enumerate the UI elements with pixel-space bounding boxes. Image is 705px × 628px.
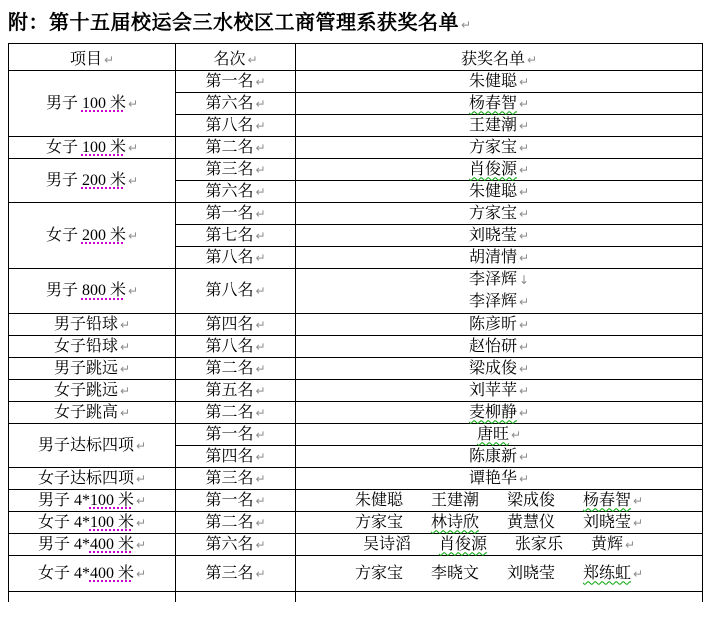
- rank-text: 第八名: [205, 338, 253, 355]
- rank-text: 第六名: [205, 95, 253, 112]
- rank-cell: 第三名↵: [176, 468, 296, 490]
- winners-group: 赵怡研: [469, 337, 517, 357]
- header-cell-winners: 获奖名单↵ ¤: [296, 44, 703, 71]
- event-text: 女子达标四项: [38, 470, 134, 487]
- rank-cell: 第六名↵: [176, 93, 296, 115]
- event-cell: 男子跳远↵: [9, 358, 176, 380]
- event-cell: 女子铅球↵: [9, 336, 176, 358]
- event-text: 女子 4*: [38, 514, 90, 531]
- winner-name: 郑练虹: [583, 564, 631, 584]
- table-row: 男子铅球↵第四名↵陈彦昕↵¤: [9, 314, 703, 336]
- header-label-rank: 名次: [213, 51, 245, 68]
- header-label-event: 项目: [70, 51, 102, 68]
- paragraph-mark-icon: ↵: [519, 185, 529, 199]
- winners-group: 谭艳华: [469, 469, 517, 489]
- rank-cell: 第二名↵: [176, 137, 296, 159]
- paragraph-mark-icon: ↵: [247, 53, 257, 67]
- winner-name: 刘晓莹: [469, 226, 517, 246]
- rank-text: 第一名: [205, 426, 253, 443]
- table-row: 女子 4*400 米↵第三名↵方家宝李晓文刘晓莹郑练虹↵¤: [9, 556, 703, 592]
- table-row: 女子 4*100 米↵第二名↵方家宝林诗欣黄慧仪刘晓莹↵¤: [9, 512, 703, 534]
- winner-name: 王建潮: [469, 116, 517, 136]
- rank-cell: 第一名↵: [176, 71, 296, 93]
- event-text: 男子 4*: [38, 492, 90, 509]
- paragraph-mark-icon: ↵: [104, 53, 114, 67]
- line-break-mark-icon: ↓: [519, 273, 529, 287]
- event-number-text: 400 米: [90, 565, 134, 582]
- winners-group: 陈彦昕: [469, 315, 517, 335]
- winner-name: 吴诗滔: [363, 535, 411, 555]
- paragraph-mark-icon: ↵: [120, 384, 130, 398]
- header-cell-event: 项目↵: [9, 44, 176, 71]
- winners-cell: 谭艳华↵¤: [296, 468, 703, 490]
- winner-name: 朱健聪: [469, 182, 517, 202]
- winners-cell: 陈彦昕↵¤: [296, 314, 703, 336]
- winners-group: 肖俊源: [469, 160, 517, 180]
- header-row: 项目↵ 名次↵ 获奖名单↵ ¤: [9, 44, 703, 71]
- winner-name: 梁成俊: [507, 491, 555, 511]
- rank-cell: 第七名↵: [176, 225, 296, 247]
- event-text: 女子跳远: [54, 382, 118, 399]
- paragraph-mark-icon: ↵: [633, 516, 643, 530]
- winners-group: 杨春智: [469, 94, 517, 114]
- paragraph-mark-icon: ↵: [136, 472, 146, 486]
- winner-name: 李泽辉: [469, 293, 517, 310]
- winner-name: 李晓文: [431, 564, 479, 584]
- event-cell: 女子 200 米↵: [9, 203, 176, 269]
- table-row: 女子跳高↵第二名↵麦柳静↵¤: [9, 402, 703, 424]
- rank-text: 第三名: [205, 565, 253, 582]
- paragraph-mark-icon: ↵: [136, 439, 146, 453]
- event-cell: 女子达标四项↵: [9, 468, 176, 490]
- event-text: 男子跳远: [54, 360, 118, 377]
- header-cell-rank: 名次↵: [176, 44, 296, 71]
- paragraph-mark-icon: ↵: [255, 384, 265, 398]
- rank-cell: 第三名↵: [176, 159, 296, 181]
- paragraph-mark-icon: ↵: [519, 207, 529, 221]
- event-text: 男子 4*: [38, 536, 90, 553]
- paragraph-mark-icon: ↵: [519, 229, 529, 243]
- paragraph-mark-icon: ↵: [255, 163, 265, 177]
- winners-group: 方家宝李晓文刘晓莹郑练虹: [355, 564, 631, 584]
- rank-text: 第二名: [205, 360, 253, 377]
- winner-name: 刘晓莹: [507, 564, 555, 584]
- winner-name: 杨春智: [583, 491, 631, 511]
- event-number-text: 100 米: [90, 514, 134, 531]
- paragraph-mark-icon: ↵: [255, 538, 265, 552]
- rank-cell: 第一名↵: [176, 490, 296, 512]
- paragraph-mark-icon: ↵: [255, 229, 265, 243]
- paragraph-mark-icon: ↵: [519, 141, 529, 155]
- winners-cell: 吴诗滔肖俊源张家乐黄辉↵¤: [296, 534, 703, 556]
- winner-name: 肖俊源: [439, 535, 487, 555]
- rank-text: 第二名: [205, 514, 253, 531]
- winners-group: 麦柳静: [469, 403, 517, 423]
- winner-name: 方家宝: [355, 564, 403, 584]
- rank-cell: 第一名↵: [176, 424, 296, 446]
- paragraph-mark-icon: ↵: [255, 516, 265, 530]
- event-number-text: 100 米: [82, 139, 126, 156]
- rank-text: 第三名: [205, 470, 253, 487]
- winners-cell: 朱健聪↵¤: [296, 181, 703, 203]
- paragraph-mark-icon: ↵: [120, 340, 130, 354]
- paragraph-mark-icon: ↵: [255, 567, 265, 581]
- winners-cell: 刘苹苹↵¤: [296, 380, 703, 402]
- winner-name: 朱健聪: [469, 72, 517, 92]
- winners-group: 刘晓莹: [469, 226, 517, 246]
- event-cell: 女子 4*100 米↵: [9, 512, 176, 534]
- winners-cell: 方家宝↵¤: [296, 137, 703, 159]
- winners-group: 刘苹苹: [469, 381, 517, 401]
- rank-text: 第八名: [205, 249, 253, 266]
- winners-cell: 方家宝李晓文刘晓莹郑练虹↵¤: [296, 556, 703, 592]
- paragraph-mark-icon: ↵: [633, 567, 643, 581]
- paragraph-mark-icon: ↵: [519, 75, 529, 89]
- paragraph-mark-icon: ↵: [255, 251, 265, 265]
- cropped-cell: [9, 592, 176, 602]
- winners-cell: 方家宝↵¤: [296, 203, 703, 225]
- winner-name: 杨春智: [469, 94, 517, 114]
- paragraph-mark-icon: ↵: [128, 284, 138, 298]
- winners-cell: 陈康新↵¤: [296, 446, 703, 468]
- event-text: 男子: [46, 172, 82, 189]
- paragraph-mark-icon: ↵: [136, 516, 146, 530]
- event-text: 女子: [46, 139, 82, 156]
- rank-cell: 第一名↵: [176, 203, 296, 225]
- winner-name: 黄慧仪: [507, 513, 555, 533]
- paragraph-mark-icon: ↵: [255, 119, 265, 133]
- rank-text: 第一名: [205, 492, 253, 509]
- event-cell: 女子 4*400 米↵: [9, 556, 176, 592]
- paragraph-mark-icon: ↵: [519, 97, 529, 111]
- paragraph-mark-icon: ↵: [527, 53, 537, 67]
- table-row: 男子 800 米↵第八名↵李泽辉↓李泽辉↵¤: [9, 269, 703, 314]
- event-cell: 女子跳高↵: [9, 402, 176, 424]
- table-row: 女子达标四项↵第三名↵谭艳华↵¤: [9, 468, 703, 490]
- event-cell: 男子 200 米↵: [9, 159, 176, 203]
- paragraph-mark-icon: ↵: [120, 406, 130, 420]
- paragraph-mark-icon: ↵: [128, 229, 138, 243]
- paragraph-mark-icon: ↵: [519, 362, 529, 376]
- event-number-text: 200 米: [82, 172, 126, 189]
- paragraph-mark-icon: ↵: [511, 428, 521, 442]
- winner-name: 麦柳静: [469, 403, 517, 423]
- paragraph-mark-icon: ↵: [519, 472, 529, 486]
- winner-name: 王建潮: [431, 491, 479, 511]
- winner-name: 肖俊源: [469, 160, 517, 180]
- rank-cell: 第四名↵: [176, 446, 296, 468]
- header-label-winners: 获奖名单: [461, 51, 525, 68]
- paragraph-mark-icon: ↵: [255, 284, 265, 298]
- rank-cell: 第四名↵: [176, 314, 296, 336]
- winner-name: 谭艳华: [469, 469, 517, 489]
- rank-cell: 第二名↵: [176, 512, 296, 534]
- event-cell: 女子 100 米↵: [9, 137, 176, 159]
- rank-text: 第八名: [205, 117, 253, 134]
- paragraph-mark-icon: ↵: [255, 141, 265, 155]
- paragraph-mark-icon: ↵: [519, 163, 529, 177]
- paragraph-mark-icon: ↵: [120, 318, 130, 332]
- rank-text: 第六名: [205, 183, 253, 200]
- winners-cell: 李泽辉↓李泽辉↵¤: [296, 269, 703, 314]
- winner-name: 梁成俊: [469, 359, 517, 379]
- winners-cell: 朱健聪王建潮梁成俊杨春智↵¤: [296, 490, 703, 512]
- table-row: 女子 200 米↵第一名↵方家宝↵¤: [9, 203, 703, 225]
- table-row: 男子 4*400 米↵第六名↵吴诗滔肖俊源张家乐黄辉↵¤: [9, 534, 703, 556]
- event-cell: 男子 100 米↵: [9, 71, 176, 137]
- rank-cell: 第二名↵: [176, 402, 296, 424]
- rank-text: 第一名: [205, 73, 253, 90]
- rank-cell: 第五名↵: [176, 380, 296, 402]
- winner-name: 林诗欣: [431, 513, 479, 533]
- paragraph-mark-icon: ↵: [120, 362, 130, 376]
- paragraph-mark-icon: ↵: [255, 207, 265, 221]
- winner-name: 朱健聪: [355, 491, 403, 511]
- winners-cell: 唐旺↵¤: [296, 424, 703, 446]
- event-number-text: 100 米: [82, 95, 126, 112]
- winner-line: 李泽辉↓: [296, 269, 702, 291]
- paragraph-mark-icon: ↵: [136, 538, 146, 552]
- winner-name: 陈康新: [469, 447, 517, 467]
- event-text: 男子达标四项: [38, 437, 134, 454]
- rank-cell: 第八名↵: [176, 269, 296, 314]
- winners-cell: 刘晓莹↵¤: [296, 225, 703, 247]
- winners-cell: 胡清情↵¤: [296, 247, 703, 269]
- event-number-text: 400 米: [90, 536, 134, 553]
- paragraph-mark-icon: ↵: [461, 18, 472, 32]
- event-text: 女子 4*: [38, 565, 90, 582]
- paragraph-mark-icon: ↵: [255, 472, 265, 486]
- event-cell: 男子 4*100 米↵: [9, 490, 176, 512]
- winners-group: 朱健聪王建潮梁成俊杨春智: [355, 491, 631, 511]
- event-text: 女子: [46, 227, 82, 244]
- winners-cell: 杨春智↵¤: [296, 93, 703, 115]
- cropped-cell: [296, 592, 703, 602]
- paragraph-mark-icon: ↵: [255, 494, 265, 508]
- paragraph-mark-icon: ↵: [519, 251, 529, 265]
- event-number-text: 100 米: [90, 492, 134, 509]
- paragraph-mark-icon: ↵: [255, 428, 265, 442]
- rank-text: 第五名: [205, 382, 253, 399]
- event-cell: 男子 800 米↵: [9, 269, 176, 314]
- paragraph-mark-icon: ↵: [625, 538, 635, 552]
- winners-group: 朱健聪: [469, 182, 517, 202]
- paragraph-mark-icon: ↵: [255, 450, 265, 464]
- rank-cell: 第六名↵: [176, 181, 296, 203]
- winners-group: 方家宝: [469, 138, 517, 158]
- paragraph-mark-icon: ↵: [519, 450, 529, 464]
- paragraph-mark-icon: ↵: [128, 174, 138, 188]
- paragraph-mark-icon: ↵: [519, 295, 529, 309]
- winners-group: 朱健聪: [469, 72, 517, 92]
- table-row: 男子 200 米↵第三名↵肖俊源↵¤: [9, 159, 703, 181]
- paragraph-mark-icon: ↵: [255, 340, 265, 354]
- cropped-row: [9, 592, 703, 602]
- cropped-cell: [176, 592, 296, 602]
- rank-text: 第二名: [205, 404, 253, 421]
- winners-group: 胡清情: [469, 248, 517, 268]
- winners-group: 王建潮: [469, 116, 517, 136]
- paragraph-mark-icon: ↵: [136, 567, 146, 581]
- winners-cell: 梁成俊↵¤: [296, 358, 703, 380]
- winners-group: 方家宝林诗欣黄慧仪刘晓莹: [355, 513, 631, 533]
- winner-name: 胡清情: [469, 248, 517, 268]
- winner-name: 刘苹苹: [469, 381, 517, 401]
- winners-cell: 麦柳静↵¤: [296, 402, 703, 424]
- winners-cell: 方家宝林诗欣黄慧仪刘晓莹↵¤: [296, 512, 703, 534]
- rank-cell: 第三名↵: [176, 556, 296, 592]
- table-row: 女子铅球↵第八名↵赵怡研↵¤: [9, 336, 703, 358]
- winners-cell: 朱健聪↵¤: [296, 71, 703, 93]
- rank-text: 第六名: [205, 536, 253, 553]
- award-table-body: 男子 100 米↵第一名↵朱健聪↵¤第六名↵杨春智↵¤第八名↵王建潮↵¤女子 1…: [9, 71, 703, 602]
- winners-cell: 王建潮↵¤: [296, 115, 703, 137]
- event-number-text: 200 米: [82, 227, 126, 244]
- rank-text: 第一名: [205, 205, 253, 222]
- paragraph-mark-icon: ↵: [519, 119, 529, 133]
- paragraph-mark-icon: ↵: [519, 340, 529, 354]
- paragraph-mark-icon: ↵: [255, 362, 265, 376]
- winner-name: 陈彦昕: [469, 315, 517, 335]
- rank-cell: 第八名↵: [176, 336, 296, 358]
- paragraph-mark-icon: ↵: [633, 494, 643, 508]
- rank-text: 第七名: [205, 227, 253, 244]
- page-title: 附：第十五届校运会三水校区工商管理系获奖名单↵: [8, 6, 705, 35]
- paragraph-mark-icon: ↵: [255, 97, 265, 111]
- event-text: 女子铅球: [54, 338, 118, 355]
- event-number-text: 800 米: [82, 282, 126, 299]
- table-row: 男子达标四项↵第一名↵唐旺↵¤: [9, 424, 703, 446]
- event-text: 男子铅球: [54, 316, 118, 333]
- rank-cell: 第八名↵: [176, 115, 296, 137]
- award-table: 项目↵ 名次↵ 获奖名单↵ ¤ 男子 100 米↵第一名↵朱健聪↵¤第六名↵杨春…: [8, 43, 703, 602]
- page-title-text: 附：第十五届校运会三水校区工商管理系获奖名单: [8, 12, 459, 34]
- table-row: 男子跳远↵第二名↵梁成俊↵¤: [9, 358, 703, 380]
- paragraph-mark-icon: ↵: [519, 384, 529, 398]
- winner-name: 黄辉: [591, 535, 623, 555]
- rank-text: 第四名: [205, 448, 253, 465]
- table-row: 男子 100 米↵第一名↵朱健聪↵¤: [9, 71, 703, 93]
- paragraph-mark-icon: ↵: [128, 97, 138, 111]
- paragraph-mark-icon: ↵: [255, 185, 265, 199]
- winner-name: 方家宝: [355, 513, 403, 533]
- event-cell: 男子 4*400 米↵: [9, 534, 176, 556]
- winner-name: 张家乐: [515, 535, 563, 555]
- rank-cell: 第六名↵: [176, 534, 296, 556]
- rank-text: 第三名: [205, 161, 253, 178]
- table-row: 男子 4*100 米↵第一名↵朱健聪王建潮梁成俊杨春智↵¤: [9, 490, 703, 512]
- winner-name: 方家宝: [469, 204, 517, 224]
- winner-line: 李泽辉↵: [296, 291, 702, 313]
- paragraph-mark-icon: ↵: [255, 406, 265, 420]
- event-text: 男子: [46, 282, 82, 299]
- winners-group: 吴诗滔肖俊源张家乐黄辉: [363, 535, 623, 555]
- winner-name: 方家宝: [469, 138, 517, 158]
- winners-group: 唐旺: [477, 425, 509, 445]
- winners-cell: 赵怡研↵¤: [296, 336, 703, 358]
- paragraph-mark-icon: ↵: [519, 406, 529, 420]
- winner-name: 赵怡研: [469, 337, 517, 357]
- winners-group: 陈康新: [469, 447, 517, 467]
- table-row: 女子 100 米↵第二名↵方家宝↵¤: [9, 137, 703, 159]
- event-cell: 男子铅球↵: [9, 314, 176, 336]
- paragraph-mark-icon: ↵: [255, 318, 265, 332]
- winner-name: 唐旺: [477, 425, 509, 445]
- event-text: 女子跳高: [54, 404, 118, 421]
- winner-name: 李泽辉: [469, 271, 517, 288]
- rank-cell: 第八名↵: [176, 247, 296, 269]
- rank-text: 第四名: [205, 316, 253, 333]
- winners-group: 方家宝: [469, 204, 517, 224]
- rank-text: 第八名: [205, 282, 253, 299]
- table-row: 女子跳远↵第五名↵刘苹苹↵¤: [9, 380, 703, 402]
- event-text: 男子: [46, 95, 82, 112]
- paragraph-mark-icon: ↵: [519, 318, 529, 332]
- rank-cell: 第二名↵: [176, 358, 296, 380]
- winners-group: 梁成俊: [469, 359, 517, 379]
- winner-name: 刘晓莹: [583, 513, 631, 533]
- paragraph-mark-icon: ↵: [128, 141, 138, 155]
- event-cell: 女子跳远↵: [9, 380, 176, 402]
- winners-cell: 肖俊源↵¤: [296, 159, 703, 181]
- paragraph-mark-icon: ↵: [136, 494, 146, 508]
- event-cell: 男子达标四项↵: [9, 424, 176, 468]
- paragraph-mark-icon: ↵: [255, 75, 265, 89]
- rank-text: 第二名: [205, 139, 253, 156]
